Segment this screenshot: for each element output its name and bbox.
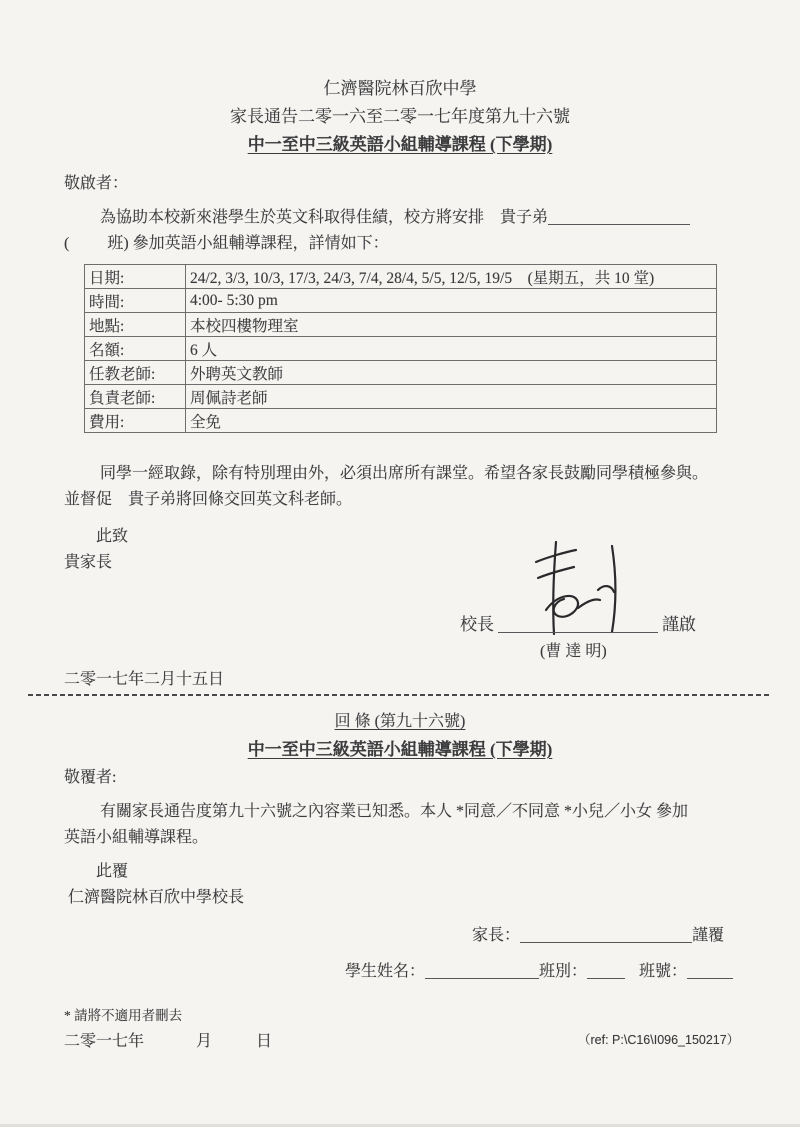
student-name-field [425,961,539,979]
reply-closing: 此覆 [96,858,128,881]
parent-label: 家長： [472,927,520,944]
intro-paragraph-line1: 為協助本校新來港學生於英文科取得佳績，校方將安排 貴子弟 [100,204,690,227]
table-row-tutor: 任教老師: 外聘英文教師 [85,361,717,385]
parent-signature-line [520,925,692,943]
class-no-label: 班號： [639,963,687,980]
reply-slip-course-title: 中一至中三級英語小組輔導課程 (下學期) [0,735,800,760]
school-name: 仁濟醫院林百欣中學 [0,74,800,99]
student-info-row: 學生姓名：班別：班號： [345,958,733,981]
table-row-teacher-in-charge: 負責老師: 周佩詩老師 [85,385,717,409]
issue-date: 二零一七年二月十五日 [64,666,224,689]
tear-off-line [28,694,772,696]
salutation: 敬啟者： [64,170,128,193]
attendance-paragraph-line1: 同學一經取錄，除有特別理由外，必須出席所有課堂。希望各家長鼓勵同學積極參與。 [100,460,708,483]
reply-addressee: 仁濟醫院林百欣中學校長 [68,884,244,907]
reply-body-line1: 有關家長通告度第九十六號之內容業已知悉。本人 *同意／不同意 *小兒／小女 參加 [100,798,688,821]
class-number-field [687,961,733,979]
row-label: 日期: [85,265,186,289]
delete-note: * 請將不適用者刪去 [64,1004,182,1024]
attendance-paragraph-line2: 並督促 貴子弟將回條交回英文科老師。 [64,486,352,509]
intro-paragraph-line2: (班) 參加英語小組輔導課程，詳情如下： [64,230,389,253]
parent-signature-row: 家長：謹覆 [472,922,724,945]
table-row-venue: 地點: 本校四樓物理室 [85,313,717,337]
row-value: 周佩詩老師 [186,385,717,409]
row-value: 4:00- 5:30 pm [186,289,717,313]
reply-slip-title: 回 條 (第九十六號) [0,708,800,731]
notice-title: 中一至中三級英語小組輔導課程 (下學期) [0,130,800,155]
row-value: 全免 [186,409,717,433]
reply-date-month: 月 [196,1033,212,1050]
row-label: 任教老師: [85,361,186,385]
table-row-fee: 費用: 全免 [85,409,717,433]
row-label: 時間: [85,289,186,313]
principal-name: (曹 達 明) [540,638,607,661]
class-label: 班別： [539,963,587,980]
row-label: 名額: [85,337,186,361]
closing-phrase: 此致 [96,523,128,546]
principal-sign-off: 謹啟 [662,615,696,634]
recipient-parents: 貴家長 [64,549,112,572]
table-row-time: 時間: 4:00- 5:30 pm [85,289,717,313]
row-value: 本校四樓物理室 [186,313,717,337]
row-value: 6 人 [186,337,717,361]
principal-label: 校長 [460,615,494,634]
row-value: 外聘英文教師 [186,361,717,385]
reply-body-line2: 英語小組輔導課程。 [64,824,208,847]
parent-sign-off: 謹覆 [692,927,724,944]
row-label: 負責老師: [85,385,186,409]
reply-date-year: 二零一七年 [64,1033,144,1050]
student-name-label: 學生姓名： [345,963,425,980]
principal-signature-line [498,615,658,633]
student-name-blank [548,207,690,225]
principal-signature-row: 校長謹啟 [460,610,696,635]
file-ref: （ref: P:\C16\I096_150217） [578,1030,739,1048]
table-row-quota: 名額: 6 人 [85,337,717,361]
reply-date-line: 二零一七年月日 [64,1028,272,1051]
reply-date-day: 日 [256,1033,272,1050]
table-row-date: 日期: 24/2, 3/3, 10/3, 17/3, 24/3, 7/4, 28… [85,265,717,289]
notice-number-line: 家長通告二零一六至二零一七年度第九十六號 [0,102,800,127]
row-label: 地點: [85,313,186,337]
row-label: 費用: [85,409,186,433]
reply-salutation: 敬覆者: [64,764,116,787]
class-field [587,961,625,979]
scanned-notice-page: 仁濟醫院林百欣中學 家長通告二零一六至二零一七年度第九十六號 中一至中三級英語小… [0,0,800,1127]
details-table: 日期: 24/2, 3/3, 10/3, 17/3, 24/3, 7/4, 28… [84,264,717,433]
row-value: 24/2, 3/3, 10/3, 17/3, 24/3, 7/4, 28/4, … [186,265,717,289]
